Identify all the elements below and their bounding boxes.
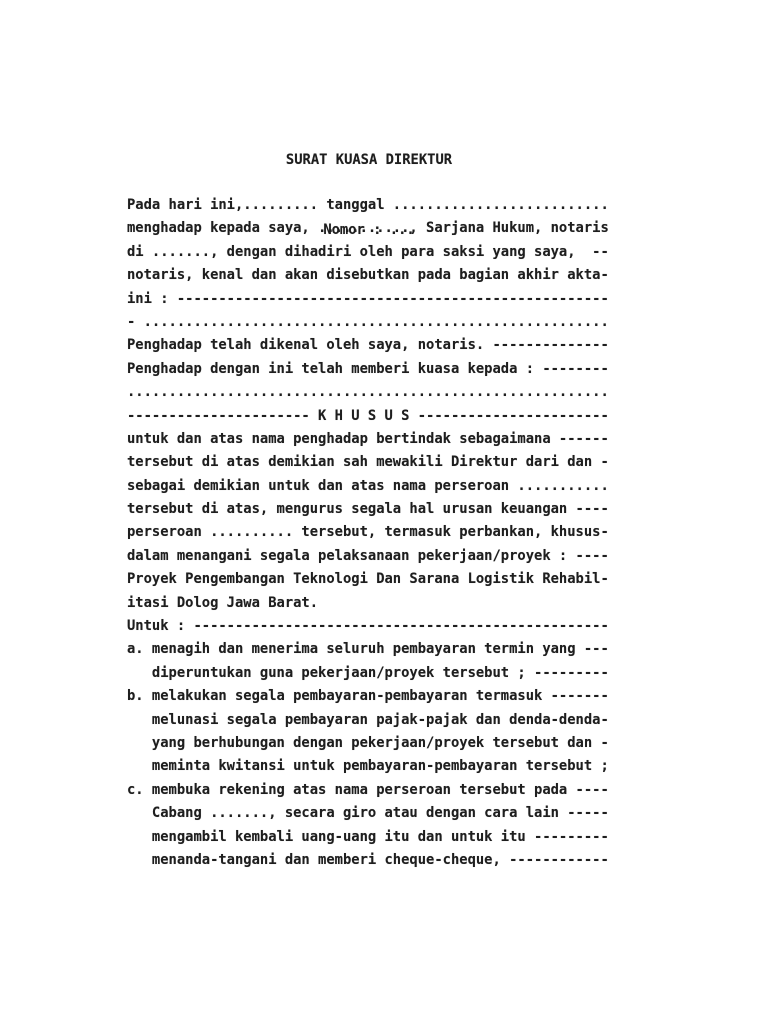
text-line: notaris, kenal dan akan disebutkan pada … — [127, 264, 627, 287]
text-line: ---------------------- K H U S U S -----… — [127, 405, 627, 428]
text-line: untuk dan atas nama penghadap bertindak … — [127, 428, 627, 451]
text-line: menghadap kepada saya, ..........., Sarj… — [127, 217, 627, 240]
text-line: a. menagih dan menerima seluruh pembayar… — [127, 638, 627, 661]
text-line: dalam menangani segala pelaksanaan peker… — [127, 545, 627, 568]
text-line: Penghadap dengan ini telah memberi kuasa… — [127, 358, 627, 381]
text-line: tersebut di atas, mengurus segala hal ur… — [127, 498, 627, 521]
text-line: Untuk : --------------------------------… — [127, 615, 627, 638]
document-body: Pada hari ini,......... tanggal ........… — [127, 194, 627, 872]
text-line: perseroan .......... tersebut, termasuk … — [127, 521, 627, 544]
text-line: diperuntukan guna pekerjaan/proyek terse… — [127, 662, 627, 685]
text-line: Penghadap telah dikenal oleh saya, notar… — [127, 334, 627, 357]
document-title: SURAT KUASA DIREKTUR — [127, 149, 611, 172]
text-line: c. membuka rekening atas nama perseroan … — [127, 779, 627, 802]
text-line: mengambil kembali uang-uang itu dan untu… — [127, 826, 627, 849]
text-line: melunasi segala pembayaran pajak-pajak d… — [127, 709, 627, 732]
document-page: SURAT KUASA DIREKTUR Nomor : ... Pada ha… — [0, 0, 768, 1024]
text-line: Proyek Pengembangan Teknologi Dan Sarana… — [127, 568, 627, 591]
text-line: tersebut di atas demikian sah mewakili D… — [127, 451, 627, 474]
text-line: sebagai demikian untuk dan atas nama per… — [127, 475, 627, 498]
text-line: ini : ----------------------------------… — [127, 288, 627, 311]
text-line: ........................................… — [127, 381, 627, 404]
text-line: Cabang ......., secara giro atau dengan … — [127, 802, 627, 825]
text-line: - ......................................… — [127, 311, 627, 334]
text-line: meminta kwitansi untuk pembayaran-pembay… — [127, 755, 627, 778]
text-line: Pada hari ini,......... tanggal ........… — [127, 194, 627, 217]
text-line: yang berhubungan dengan pekerjaan/proyek… — [127, 732, 627, 755]
text-line: di ......., dengan dihadiri oleh para sa… — [127, 241, 627, 264]
text-line: itasi Dolog Jawa Barat. — [127, 592, 627, 615]
text-line: b. melakukan segala pembayaran-pembayara… — [127, 685, 627, 708]
text-line: menanda-tangani dan memberi cheque-chequ… — [127, 849, 627, 872]
